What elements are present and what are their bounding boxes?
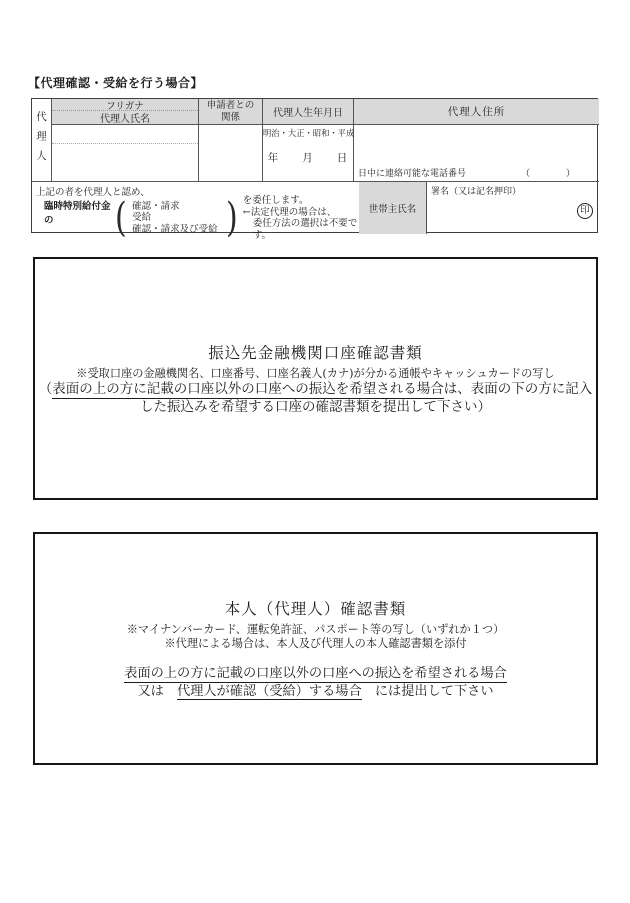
document-page: 【代理確認・受給を行う場合】 代理人 フリガナ 代理人氏名 申請者との 関係 代… xyxy=(0,0,630,903)
name-header-cell: フリガナ 代理人氏名 xyxy=(52,99,199,125)
bank-instruction-underlined: 表面の上の方に記載の口座以外の口座への振込を希望される場合 xyxy=(52,381,444,399)
relation-input-area[interactable] xyxy=(199,125,263,181)
phone-label: 日中に連絡可能な電話番号 xyxy=(358,166,466,179)
date-row: 年 月 日 xyxy=(263,150,353,165)
signature-label: 署名（又は記名押印） xyxy=(431,184,521,197)
delegation-note1: を委任します。 xyxy=(243,195,359,207)
identity-condition1-underlined: 表面の上の方に記載の口座以外の口座への振込を希望される場合 xyxy=(124,666,506,683)
dob-input-area[interactable]: 明治・大正・昭和・平成 年 月 日 xyxy=(263,125,354,181)
seal-icon: 印 xyxy=(577,203,593,219)
identity-documents-box: 本人（代理人）確認書類 ※マイナンバーカード、運転免許証、パスポート等の写し（い… xyxy=(33,532,598,765)
delegation-close-paren: ) xyxy=(226,199,238,237)
era-options: 明治・大正・昭和・平成 xyxy=(263,127,353,139)
identity-box-note2: ※代理による場合は、本人及び代理人の本人確認書類を添付 xyxy=(164,637,466,651)
identity-condition2-pre: 又は xyxy=(137,684,177,699)
delegation-note2: ←法定代理の場合は、 xyxy=(243,207,359,219)
identity-condition2-underlined: 代理人が確認（受給）する場合 xyxy=(177,684,362,701)
signature-cell[interactable]: 署名（又は記名押印） 印 xyxy=(427,181,599,234)
bank-instruction-line2: した振込みを希望する口座の確認書類を提出して下さい） xyxy=(140,399,491,415)
identity-box-title: 本人（代理人）確認書類 xyxy=(225,597,407,619)
phone-entry-parens[interactable]: （ ） xyxy=(521,166,575,179)
identity-box-note1: ※マイナンバーカード、運転免許証、パスポート等の写し（いずれか１つ） xyxy=(127,623,505,637)
furigana-input-area[interactable] xyxy=(52,125,198,144)
section-title: 【代理確認・受給を行う場合】 xyxy=(28,74,203,91)
bank-documents-box: 振込先金融機関口座確認書類 ※受取口座の金融機関名、口座番号、口座名義人(カナ)… xyxy=(33,257,598,500)
relation-header-cell: 申請者との 関係 xyxy=(199,99,263,125)
address-header-cell: 代理人住所 xyxy=(354,99,599,125)
proxy-table: 代理人 フリガナ 代理人氏名 申請者との 関係 代理人生年月日 代理人住所 明治… xyxy=(31,98,598,233)
delegation-option-receive[interactable]: 受給 xyxy=(132,212,220,224)
bank-instruction-post: は、表面の下の方に記入 xyxy=(444,381,593,397)
householder-label-cell: 世帯主氏名 xyxy=(359,181,427,234)
dob-header-cell: 代理人生年月日 xyxy=(263,99,354,125)
delegation-option-confirm-claim-receive[interactable]: 確認・請求及び受給 xyxy=(132,224,220,236)
proxy-side-label: 代理人 xyxy=(32,99,52,181)
delegation-head: 臨時特別給付金の xyxy=(44,195,111,226)
relation-label-line2: 関係 xyxy=(221,112,240,124)
relation-label-line1: 申請者との xyxy=(207,100,255,112)
proxy-name-input-area[interactable] xyxy=(52,125,199,181)
bank-box-title: 振込先金融機関口座確認書類 xyxy=(208,341,423,363)
proxy-side-label-text: 代理人 xyxy=(34,111,49,170)
identity-box-conditions: 表面の上の方に記載の口座以外の口座への振込を希望される場合 又は 代理人が確認（… xyxy=(124,665,506,700)
proxy-name-label: 代理人氏名 xyxy=(52,111,198,124)
delegation-note3: 委任方法の選択は不要です。 xyxy=(243,218,359,241)
delegation-open-paren: ( xyxy=(114,199,126,237)
delegation-option-confirm-claim[interactable]: 確認・請求 xyxy=(132,201,220,213)
bank-box-instruction: （表面の上の方に記載の口座以外の口座への振込を希望される場合は、表面の下の方に記… xyxy=(39,381,593,416)
bank-instruction-pre: （ xyxy=(39,381,53,397)
identity-condition2-post: には提出して下さい xyxy=(362,684,494,699)
bank-box-note: ※受取口座の金融機関名、口座番号、口座名義人(カナ)が分かる通帳やキャッシュカー… xyxy=(76,367,554,381)
delegation-cell: 上記の者を代理人と認め、 臨時特別給付金の ( 確認・請求 受給 確認・請求及び… xyxy=(32,181,359,234)
address-input-area[interactable]: 日中に連絡可能な電話番号 （ ） xyxy=(354,125,599,181)
